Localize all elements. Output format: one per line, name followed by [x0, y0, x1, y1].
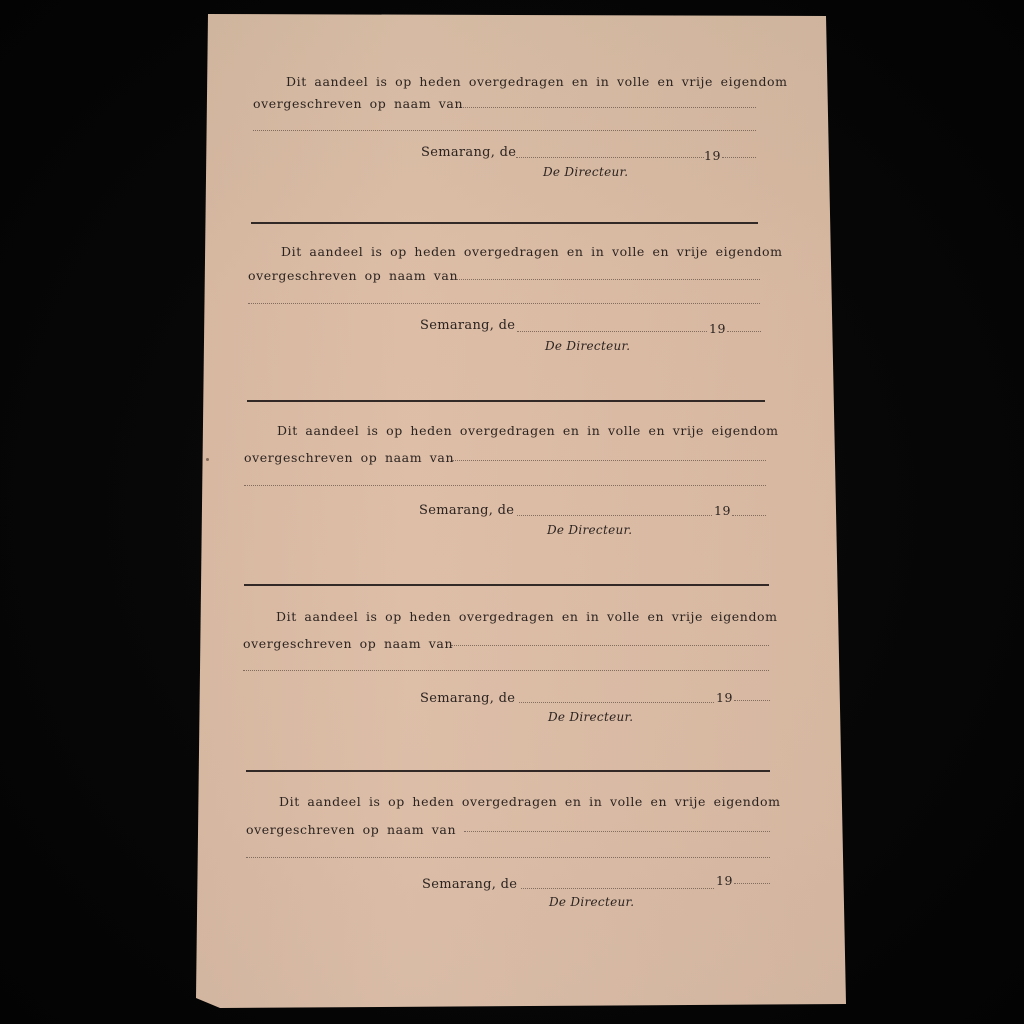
pinhole-mark — [206, 458, 209, 461]
separator-rule-3 — [244, 584, 769, 586]
date-field-line[interactable] — [517, 331, 707, 332]
separator-rule-1 — [251, 222, 758, 224]
date-field-line[interactable] — [517, 515, 712, 516]
name-field-line[interactable] — [451, 645, 769, 646]
separator-rule-2 — [247, 400, 765, 402]
year-prefix: 19 — [716, 690, 733, 705]
name-field-line[interactable] — [452, 279, 760, 280]
year-field-line[interactable] — [734, 700, 770, 701]
year-prefix: 19 — [716, 873, 733, 888]
name-field-line-2[interactable] — [246, 857, 770, 858]
name-field-line-2[interactable] — [244, 485, 766, 486]
signatory-label: De Directeur. — [547, 523, 632, 537]
transfer-to-label: overgeschreven op naam van — [253, 96, 463, 111]
year-field-line[interactable] — [722, 157, 756, 158]
year-prefix: 19 — [714, 503, 731, 518]
signatory-label: De Directeur. — [543, 165, 628, 179]
transfer-to-label: overgeschreven op naam van — [243, 636, 453, 651]
place-date-label: Semarang, de — [421, 145, 516, 160]
place-date-label: Semarang, de — [420, 691, 515, 706]
name-field-line-2[interactable] — [253, 130, 756, 131]
signatory-label: De Directeur. — [548, 710, 633, 724]
name-field-line[interactable] — [464, 831, 770, 832]
date-field-line[interactable] — [516, 157, 704, 158]
place-date-label: Semarang, de — [419, 503, 514, 518]
year-field-line[interactable] — [732, 515, 766, 516]
place-date-label: Semarang, de — [422, 877, 517, 892]
year-field-line[interactable] — [734, 883, 770, 884]
date-field-line[interactable] — [521, 888, 714, 889]
name-field-line-2[interactable] — [243, 670, 769, 671]
signatory-label: De Directeur. — [549, 895, 634, 909]
separator-rule-4 — [246, 770, 770, 772]
transfer-to-label: overgeschreven op naam van — [244, 450, 454, 465]
place-date-label: Semarang, de — [420, 318, 515, 333]
statement-text: Dit aandeel is op heden overgedragen en … — [277, 423, 779, 438]
name-field-line[interactable] — [456, 107, 756, 108]
transfer-to-label: overgeschreven op naam van — [246, 822, 456, 837]
year-prefix: 19 — [704, 148, 721, 163]
statement-text: Dit aandeel is op heden overgedragen en … — [279, 794, 781, 809]
statement-text: Dit aandeel is op heden overgedragen en … — [281, 244, 783, 259]
transfer-to-label: overgeschreven op naam van — [248, 268, 458, 283]
statement-text: Dit aandeel is op heden overgedragen en … — [286, 74, 788, 89]
name-field-line-2[interactable] — [248, 303, 760, 304]
date-field-line[interactable] — [519, 702, 714, 703]
photo-stage: Dit aandeel is op heden overgedragen en … — [0, 0, 1024, 1024]
statement-text: Dit aandeel is op heden overgedragen en … — [276, 609, 778, 624]
year-field-line[interactable] — [727, 331, 761, 332]
name-field-line[interactable] — [452, 460, 766, 461]
year-prefix: 19 — [709, 321, 726, 336]
signatory-label: De Directeur. — [545, 339, 630, 353]
